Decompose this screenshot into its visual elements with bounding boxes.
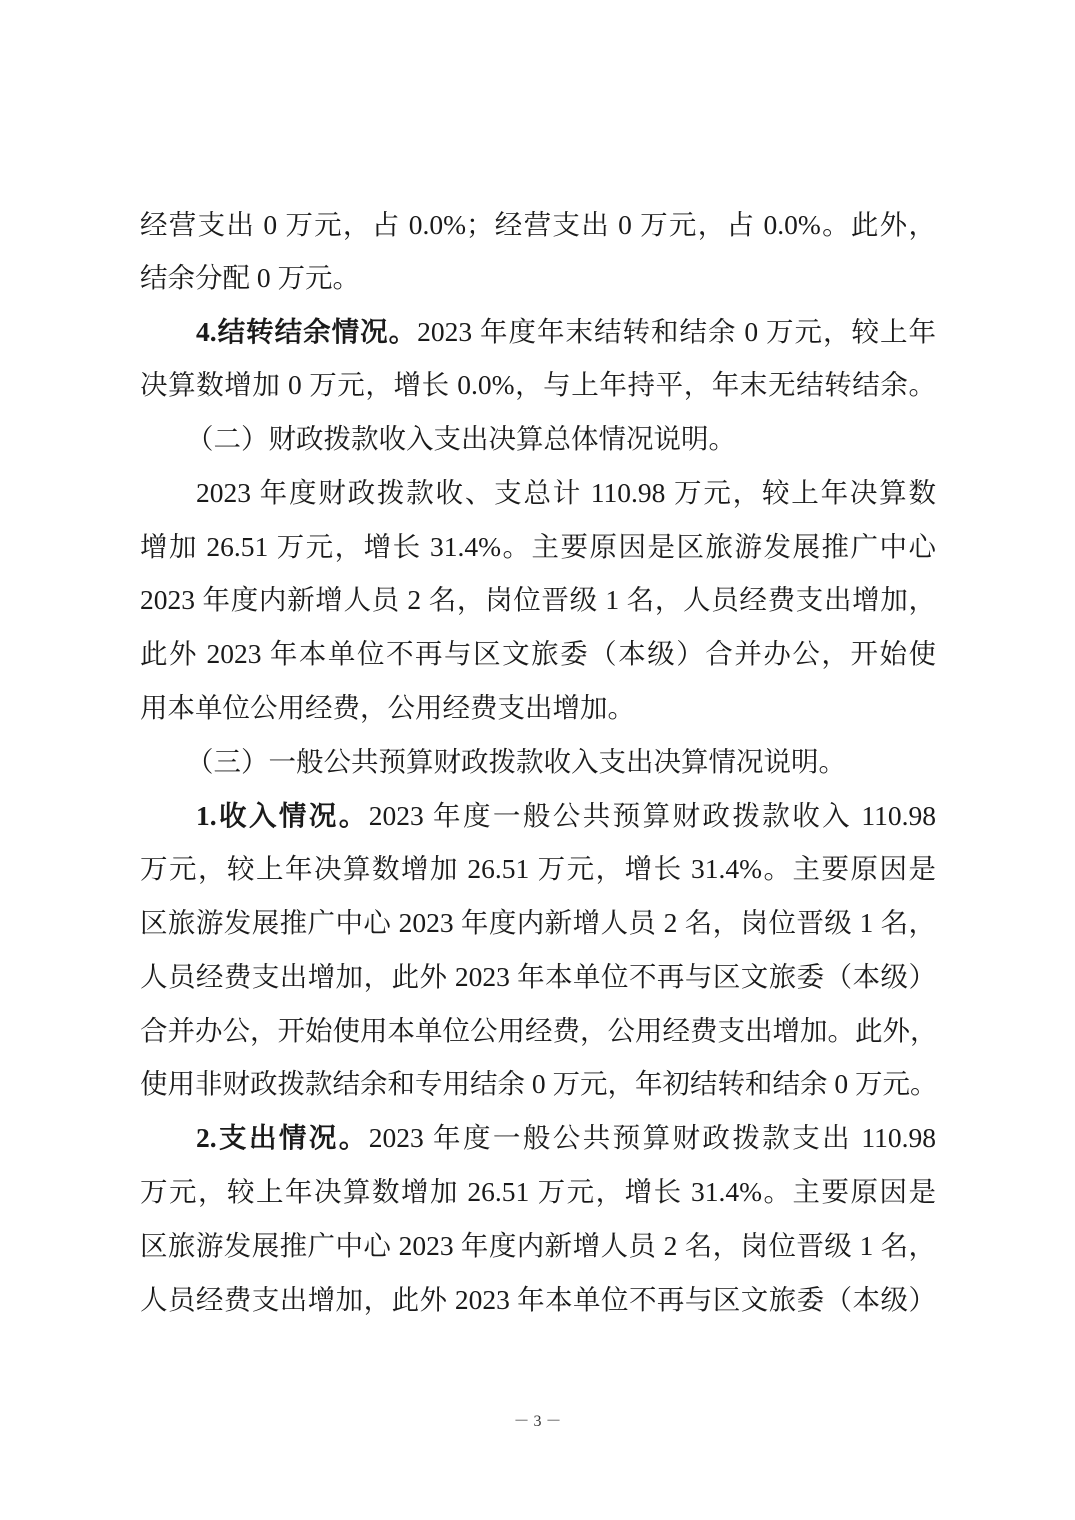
text-line: 合并办公，开始使用本单位公用经费，公用经费支出增加。此外， — [140, 1011, 936, 1051]
line-text: 决算数增加 0 万元，增长 0.0%，与上年持平，年末无结转结余。 — [140, 369, 936, 400]
line-text: 人员经费支出增加，此外 2023 年本单位不再与区文旅委（本级） — [140, 1284, 936, 1315]
text-line: 2023 年度财政拨款收、支总计 110.98 万元，较上年决算数 — [196, 473, 936, 513]
document-page: 经营支出 0 万元，占 0.0%；经营支出 0 万元，占 0.0%。此外，结余分… — [0, 0, 1075, 1520]
text-line: 人员经费支出增加，此外 2023 年本单位不再与区文旅委（本级） — [140, 1280, 936, 1320]
text-line: 结余分配 0 万元。 — [140, 258, 936, 298]
line-text: 结余分配 0 万元。 — [140, 262, 360, 293]
text-line: 此外 2023 年本单位不再与区文旅委（本级）合并办公，开始使 — [140, 634, 936, 674]
line-text: 增加 26.51 万元，增长 31.4%。主要原因是区旅游发展推广中心 — [140, 531, 936, 562]
line-text: （三）一般公共预算财政拨款收入支出决算情况说明。 — [186, 746, 846, 777]
section-heading: 4.结转结余情况。 — [196, 316, 417, 347]
line-text: 此外 2023 年本单位不再与区文旅委（本级）合并办公，开始使 — [140, 638, 936, 669]
line-text: 区旅游发展推广中心 2023 年度内新增人员 2 名，岗位晋级 1 名， — [140, 1230, 936, 1261]
text-line: 4.结转结余情况。2023 年度年末结转和结余 0 万元，较上年 — [196, 312, 936, 352]
line-text: 万元，较上年决算数增加 26.51 万元，增长 31.4%。主要原因是 — [140, 853, 936, 884]
line-text: 合并办公，开始使用本单位公用经费，公用经费支出增加。此外， — [140, 1015, 938, 1046]
line-text: 2023 年度内新增人员 2 名，岗位晋级 1 名，人员经费支出增加， — [140, 584, 936, 615]
text-line: （三）一般公共预算财政拨款收入支出决算情况说明。 — [186, 742, 936, 782]
text-line: 2023 年度内新增人员 2 名，岗位晋级 1 名，人员经费支出增加， — [140, 580, 936, 620]
text-line: 2.支出情况。2023 年度一般公共预算财政拨款支出 110.98 — [196, 1118, 936, 1158]
line-text: 万元，较上年决算数增加 26.51 万元，增长 31.4%。主要原因是 — [140, 1176, 936, 1207]
line-text: 使用非财政拨款结余和专用结余 0 万元，年初结转和结余 0 万元。 — [140, 1068, 938, 1099]
text-line: 增加 26.51 万元，增长 31.4%。主要原因是区旅游发展推广中心 — [140, 527, 936, 567]
line-text: 2023 年度一般公共预算财政拨款收入 110.98 — [369, 800, 936, 831]
line-text: 区旅游发展推广中心 2023 年度内新增人员 2 名，岗位晋级 1 名， — [140, 907, 936, 938]
text-line: （二）财政拨款收入支出决算总体情况说明。 — [186, 419, 936, 459]
text-line: 用本单位公用经费，公用经费支出增加。 — [140, 688, 936, 728]
text-line: 万元，较上年决算数增加 26.51 万元，增长 31.4%。主要原因是 — [140, 849, 936, 889]
text-line: 万元，较上年决算数增加 26.51 万元，增长 31.4%。主要原因是 — [140, 1172, 936, 1212]
text-line: 区旅游发展推广中心 2023 年度内新增人员 2 名，岗位晋级 1 名， — [140, 903, 936, 943]
line-text: 人员经费支出增加，此外 2023 年本单位不再与区文旅委（本级） — [140, 961, 936, 992]
text-line: 使用非财政拨款结余和专用结余 0 万元，年初结转和结余 0 万元。 — [140, 1064, 936, 1104]
text-line: 人员经费支出增加，此外 2023 年本单位不再与区文旅委（本级） — [140, 957, 936, 997]
line-text: （二）财政拨款收入支出决算总体情况说明。 — [186, 423, 736, 454]
text-line: 区旅游发展推广中心 2023 年度内新增人员 2 名，岗位晋级 1 名， — [140, 1226, 936, 1266]
text-line: 决算数增加 0 万元，增长 0.0%，与上年持平，年末无结转结余。 — [140, 365, 936, 405]
line-text: 经营支出 0 万元，占 0.0%；经营支出 0 万元，占 0.0%。此外， — [140, 209, 936, 240]
line-text: 2023 年度年末结转和结余 0 万元，较上年 — [417, 316, 936, 347]
text-line: 1.收入情况。2023 年度一般公共预算财政拨款收入 110.98 — [196, 796, 936, 836]
line-text: 2023 年度财政拨款收、支总计 110.98 万元，较上年决算数 — [196, 477, 936, 508]
line-text: 2023 年度一般公共预算财政拨款支出 110.98 — [369, 1122, 936, 1153]
line-text: 用本单位公用经费，公用经费支出增加。 — [140, 692, 635, 723]
page-number: － 3 － — [0, 1408, 1075, 1431]
text-line: 经营支出 0 万元，占 0.0%；经营支出 0 万元，占 0.0%。此外， — [140, 205, 936, 245]
section-heading: 2.支出情况。 — [196, 1122, 369, 1153]
section-heading: 1.收入情况。 — [196, 800, 369, 831]
